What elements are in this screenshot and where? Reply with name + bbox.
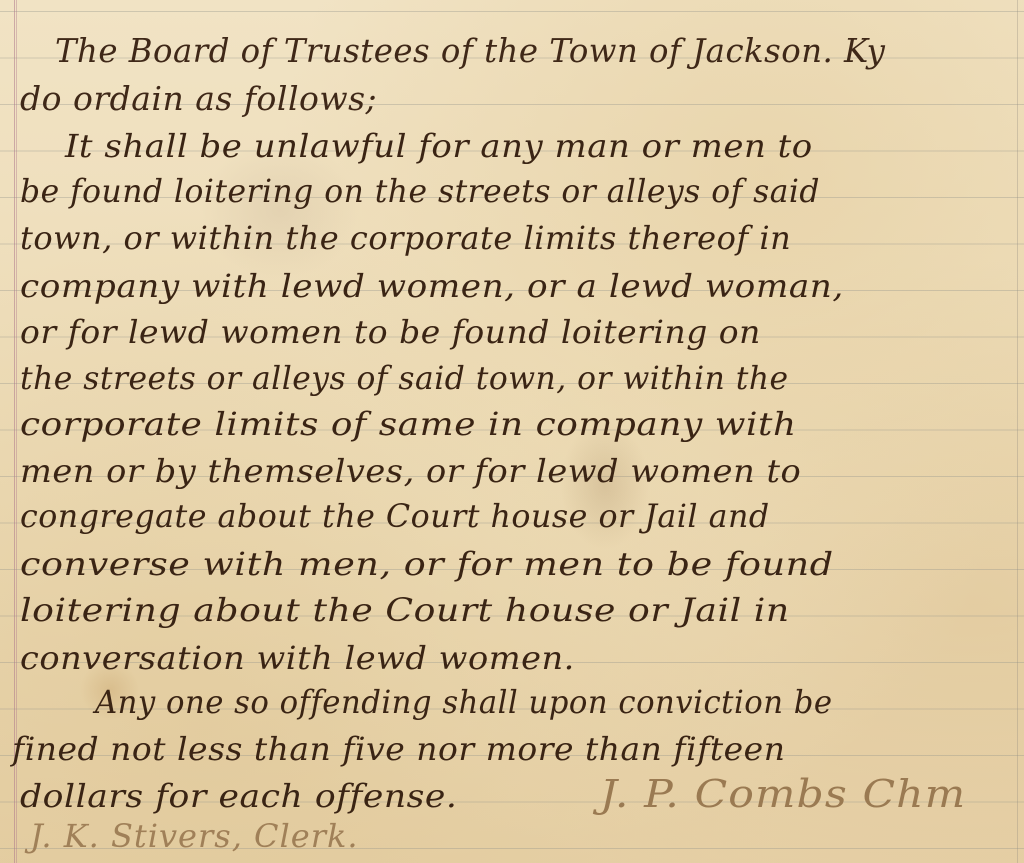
body-line-9: congregate about the Court house or Jail…: [20, 500, 770, 532]
body-line-8: men or by themselves, or for lewd women …: [20, 455, 801, 487]
body-line-2: be found loitering on the streets or all…: [20, 175, 820, 207]
body-line-3: town, or within the corporate limits the…: [20, 222, 791, 254]
penalty-line-3: dollars for each offense.: [20, 780, 457, 812]
body-line-10: converse with men, or for men to be foun…: [20, 548, 834, 580]
body-line-6: the streets or alleys of said town, or w…: [20, 362, 789, 394]
ledger-page: The Board of Trustees of the Town of Jac…: [0, 0, 1024, 863]
penalty-line-2: fined not less than five nor more than f…: [12, 733, 785, 765]
clerk-signature: J. K. Stivers, Clerk.: [30, 820, 359, 852]
heading-line-1: The Board of Trustees of the Town of Jac…: [55, 34, 885, 67]
chairman-signature: J. P. Combs Chm: [600, 775, 966, 813]
body-line-1: It shall be unlawful for any man or men …: [65, 130, 813, 162]
heading-line-2: do ordain as follows;: [20, 82, 377, 115]
body-line-12: conversation with lewd women.: [20, 642, 575, 674]
body-line-5: or for lewd women to be found loitering …: [20, 316, 761, 348]
body-line-11: loitering about the Court house or Jail …: [20, 594, 790, 626]
penalty-line-1: Any one so offending shall upon convicti…: [95, 686, 833, 718]
body-line-7: corporate limits of same in company with: [20, 408, 797, 440]
body-line-4: company with lewd women, or a lewd woman…: [20, 270, 844, 302]
right-margin-line: [1017, 0, 1018, 863]
